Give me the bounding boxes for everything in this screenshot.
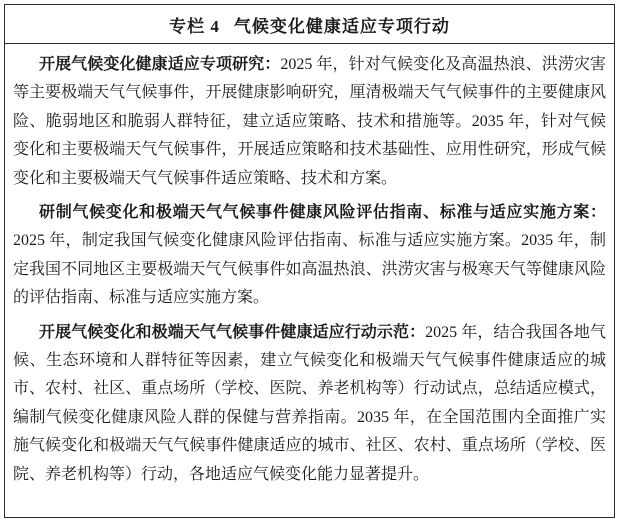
paragraph-guidelines-text: 2025 年，制定我国气候变化健康风险评估指南、标准与适应实施方案。2035 年…: [13, 232, 606, 306]
paragraph-guidelines-lead: 研制气候变化和极端天气气候事件健康风险评估指南、标准与适应实施方案：: [39, 204, 606, 221]
paragraph-research: 开展气候变化健康适应专项研究：2025 年，针对气候变化及高温热浪、洪涝灾害等主…: [13, 51, 606, 193]
document-page: 专栏 4 气候变化健康适应专项行动 开展气候变化健康适应专项研究：2025 年，…: [0, 0, 620, 522]
paragraph-guidelines: 研制气候变化和极端天气气候事件健康风险评估指南、标准与适应实施方案：2025 年…: [13, 199, 606, 313]
box-header: 专栏 4 气候变化健康适应专项行动: [5, 5, 614, 44]
callout-box: 专栏 4 气候变化健康适应专项行动 开展气候变化健康适应专项研究：2025 年，…: [4, 4, 615, 518]
paragraph-demonstration: 开展气候变化和极端天气气候事件健康适应行动示范：2025 年，结合我国各地气候、…: [13, 319, 606, 489]
box-header-label: 专栏 4: [169, 12, 220, 37]
box-body: 开展气候变化健康适应专项研究：2025 年，针对气候变化及高温热浪、洪涝灾害等主…: [5, 44, 614, 489]
paragraph-research-lead: 开展气候变化健康适应专项研究：: [39, 56, 280, 73]
paragraph-demonstration-text: 2025 年，结合我国各地气候、生态环境和人群特征等因素，建立气候变化和极端天气…: [13, 324, 606, 483]
paragraph-demonstration-lead: 开展气候变化和极端天气气候事件健康适应行动示范：: [39, 324, 425, 341]
box-header-title: 气候变化健康适应专项行动: [234, 12, 450, 37]
paragraph-research-text: 2025 年，针对气候变化及高温热浪、洪涝灾害等主要极端天气气候事件，开展健康影…: [13, 56, 606, 187]
